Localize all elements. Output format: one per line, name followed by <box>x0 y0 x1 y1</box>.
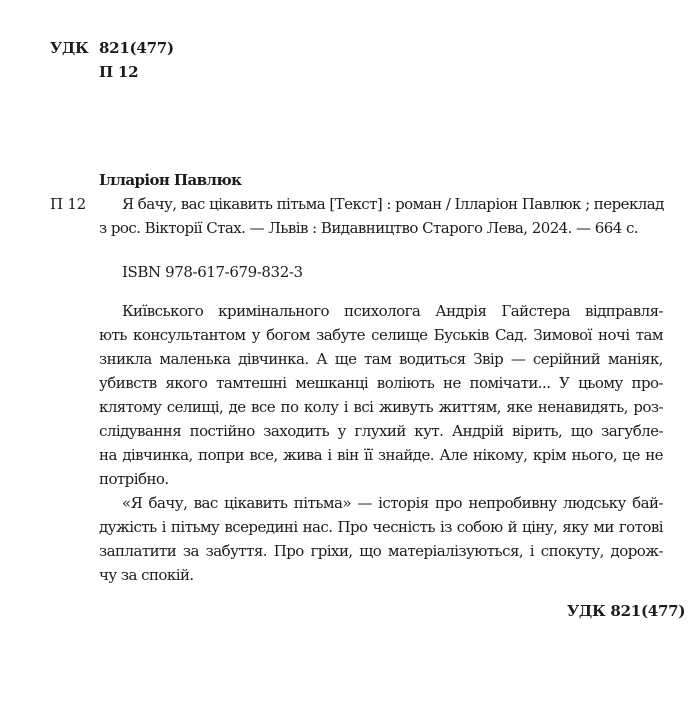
bibliographic-description-line: Я бачу, вас цікавить пітьма [Текст] : ро… <box>122 194 662 214</box>
author-name: Ілларіон Павлюк <box>99 170 241 190</box>
isbn: ISBN 978-617-679-832-3 <box>122 262 303 282</box>
annotation-line: «Я бачу, вас цікавить пітьма» — історія … <box>122 493 663 513</box>
annotation-line: клятому селищі, де все по колу і всі жив… <box>99 397 663 417</box>
annotation-line: на дівчинка, попри все, жива і він її зн… <box>99 445 663 465</box>
bibliographic-description-line: з рос. Вікторії Стах. — Львів : Видавниц… <box>99 218 636 238</box>
annotation-line: слідування постійно заходить у глухий ку… <box>99 421 663 441</box>
udk-code: 821(477) <box>99 38 174 58</box>
annotation-line: потрібно. <box>99 469 663 489</box>
annotation-line: чу за спокій. <box>99 565 663 585</box>
udk-label: УДК <box>50 38 88 58</box>
annotation-line: заплатити за забуття. Про гріхи, що мате… <box>99 541 663 561</box>
annotation-line: ють консультантом у богом забуте селище … <box>99 325 663 345</box>
annotation-line: дужість і пітьму всередині нас. Про чесн… <box>99 517 663 537</box>
footer-udk: УДК 821(477) <box>567 601 685 621</box>
record-author-mark: П 12 <box>50 194 86 214</box>
annotation-line: убивств якого тамтешні мешканці воліють … <box>99 373 663 393</box>
annotation-line: Київського кримінального психолога Андрі… <box>122 301 663 321</box>
annotation-line: зникла маленька дівчинка. А ще там водит… <box>99 349 663 369</box>
author-mark: П 12 <box>99 62 138 82</box>
